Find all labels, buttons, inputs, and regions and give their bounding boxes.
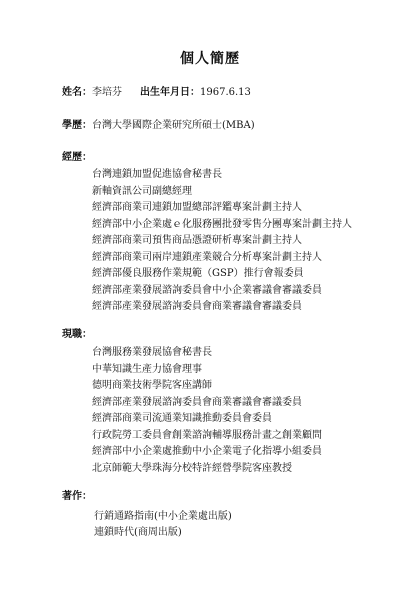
experience-heading: 經歷： xyxy=(62,151,92,165)
name-value: 李培芬 xyxy=(92,87,122,98)
publications-list: 行銷通路指南(中小企業處出版) 連鎖時代(商周出版) xyxy=(94,510,232,542)
publications-label: 著作： xyxy=(62,491,92,502)
experience-item: 經濟部商業司預售商品憑證研析專案計劃主持人 xyxy=(92,234,352,251)
publication-item: 連鎖時代(商周出版) xyxy=(94,526,232,542)
experience-item: 經濟部商業司連鎖加盟總部評鑑專案計劃主持人 xyxy=(92,201,352,218)
birth-label: 出生年月日： xyxy=(140,87,200,98)
education-label: 學歷： xyxy=(62,120,92,131)
page-title: 個人簡歷 xyxy=(0,48,420,68)
experience-item: 經濟部中小企業處ｅ化服務團批發零售分團專案計劃主持人 xyxy=(92,218,352,235)
experience-item: 經濟部產業發展諮詢委員會商業審議會審議委員 xyxy=(92,300,352,317)
experience-item: 新軸資訊公司副總經理 xyxy=(92,185,352,202)
current-item: 中華知識生產力協會理事 xyxy=(92,363,322,380)
current-heading: 現職： xyxy=(62,328,92,342)
current-item: 北京師範大學珠海分校特許經營學院客座教授 xyxy=(92,462,322,479)
name-label: 姓名： xyxy=(62,87,92,98)
resume-page: 個人簡歷 姓名：李培芬出生年月日：1967.6.13 學歷：台灣大學國際企業研究… xyxy=(0,0,420,593)
experience-item: 台灣連鎖加盟促進協會秘書長 xyxy=(92,168,352,185)
basic-info-row: 姓名：李培芬出生年月日：1967.6.13 xyxy=(62,86,251,100)
current-item: 行政院勞工委員會創業諮詢輔導服務計畫之創業顧問 xyxy=(92,429,322,446)
experience-item: 經濟部優良服務作業規範（GSP）推行會報委員 xyxy=(92,267,352,284)
birth-value: 1967.6.13 xyxy=(200,87,251,98)
experience-list: 台灣連鎖加盟促進協會秘書長 新軸資訊公司副總經理 經濟部商業司連鎖加盟總部評鑑專… xyxy=(92,168,352,317)
publication-item: 行銷通路指南(中小企業處出版) xyxy=(94,510,232,526)
education-value: 台灣大學國際企業研究所碩士(MBA) xyxy=(92,120,255,131)
current-item: 台灣服務業發展協會秘書長 xyxy=(92,346,322,363)
current-label: 現職： xyxy=(62,329,92,340)
current-item: 經濟部商業司流通業知識推動委員會委員 xyxy=(92,412,322,429)
experience-label: 經歷： xyxy=(62,152,92,163)
current-item: 經濟部中小企業處推動中小企業電子化指導小組委員 xyxy=(92,445,322,462)
education-row: 學歷：台灣大學國際企業研究所碩士(MBA) xyxy=(62,119,255,133)
current-item: 經濟部產業發展諮詢委員會商業審議會審議委員 xyxy=(92,396,322,413)
current-item: 德明商業技術學院客座講師 xyxy=(92,379,322,396)
publications-heading: 著作： xyxy=(62,490,92,504)
experience-item: 經濟部商業司兩岸連鎖產業競合分析專案計劃主持人 xyxy=(92,251,352,268)
experience-item: 經濟部產業發展諮詢委員會中小企業審議會審議委員 xyxy=(92,284,352,301)
current-list: 台灣服務業發展協會秘書長 中華知識生產力協會理事 德明商業技術學院客座講師 經濟… xyxy=(92,346,322,478)
